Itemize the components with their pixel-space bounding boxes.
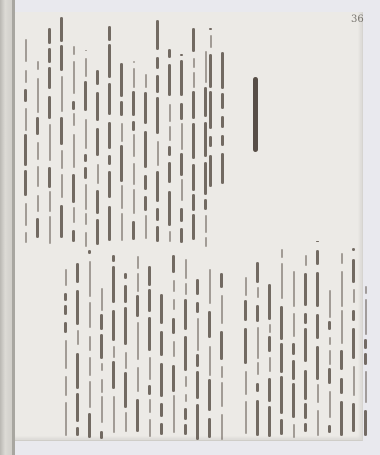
handwritten-line [164,13,176,248]
handwritten-line [20,13,32,248]
lower-block [60,240,228,440]
handwritten-line [312,235,324,440]
handwritten-line [176,13,188,248]
manuscript-page: 36 [15,12,363,441]
handwritten-line [116,13,128,248]
handwritten-line [188,13,200,248]
handwritten-line [264,235,276,440]
handwritten-line [180,240,192,440]
handwritten-line [84,240,96,440]
handwritten-line [108,240,120,440]
handwritten-line [60,240,72,440]
handwritten-line [120,240,132,440]
handwritten-line [68,13,80,248]
handwritten-line [360,235,372,440]
handwritten-line [56,13,68,248]
handwritten-line [216,240,228,440]
handwritten-line [348,235,360,440]
handwritten-line [152,13,164,248]
right-lower-block [240,235,372,440]
handwritten-line [128,13,140,248]
handwritten-line [217,20,229,190]
upper-block [20,13,212,248]
handwritten-line [324,235,336,440]
handwritten-line [336,235,348,440]
handwritten-line [140,13,152,248]
handwritten-line [300,235,312,440]
signature [253,77,258,152]
handwritten-line [252,235,264,440]
handwritten-line [204,240,216,440]
handwritten-line [168,240,180,440]
handwritten-line [80,13,92,248]
handwritten-line [276,235,288,440]
handwritten-line [32,13,44,248]
page-number: 36 [351,14,364,25]
handwritten-line [288,235,300,440]
handwritten-line [205,20,217,190]
handwritten-line [96,240,108,440]
handwritten-line [144,240,156,440]
handwritten-line [72,240,84,440]
closing-lines [205,20,229,190]
handwritten-line [104,13,116,248]
handwritten-line [240,235,252,440]
handwritten-line [192,240,204,440]
handwritten-line [132,240,144,440]
handwritten-line [44,13,56,248]
handwritten-line [156,240,168,440]
handwritten-line [92,13,104,248]
